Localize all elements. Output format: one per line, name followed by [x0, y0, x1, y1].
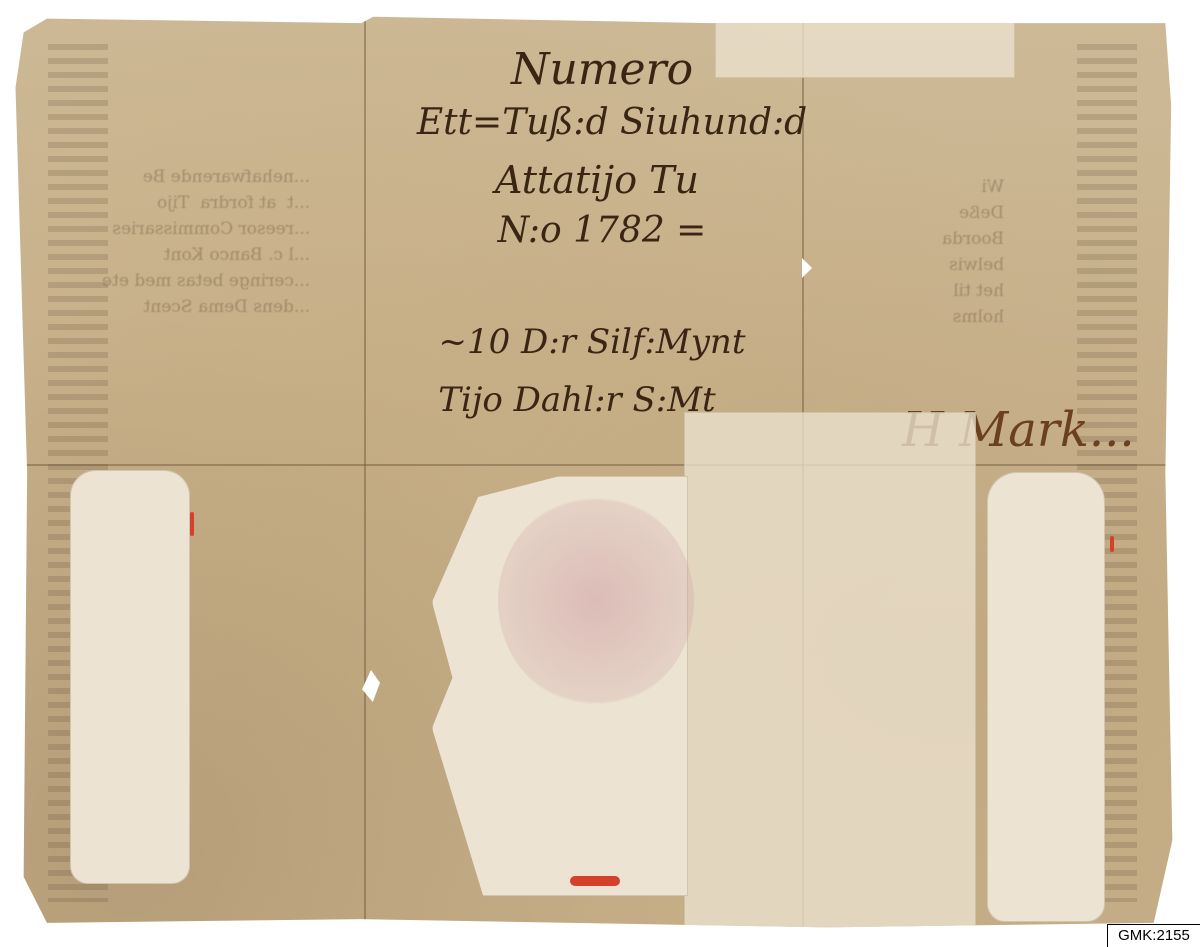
red-seal-mark — [570, 876, 620, 886]
repair-tape-vertical — [684, 412, 976, 932]
repair-tape-top — [715, 22, 1015, 78]
banknote-sheet: ...nehafwarende Be ...t at fordra Tijo .… — [12, 14, 1177, 932]
fold-line — [364, 14, 366, 932]
handwritten-number-words-2: Attatijo Tu — [432, 158, 762, 202]
handwritten-value: ~10 D:r Silf:Mynt — [392, 322, 792, 362]
catalog-id-label: GMK:2155 — [1107, 924, 1200, 947]
handwritten-number-words-1: Ett=Tuß:d Siuhund:d — [402, 102, 822, 143]
handwritten-numero: Numero — [492, 44, 712, 95]
red-wax-seal-trace — [498, 496, 694, 706]
handwritten-serial-number: N:o 1782 = — [482, 210, 722, 251]
paper-patch-left — [70, 470, 190, 884]
bleed-through-print-left: ...nehafwarende Be ...t at fordra Tijo .… — [102, 164, 310, 320]
paper-patch-right — [987, 472, 1105, 922]
bleed-through-print-right: Wi Deße Boorda belwis het til holms — [942, 174, 1004, 330]
paper-tear — [802, 258, 812, 278]
red-seal-mark — [1110, 536, 1114, 552]
red-seal-mark — [190, 512, 194, 536]
fold-line — [12, 464, 1177, 466]
